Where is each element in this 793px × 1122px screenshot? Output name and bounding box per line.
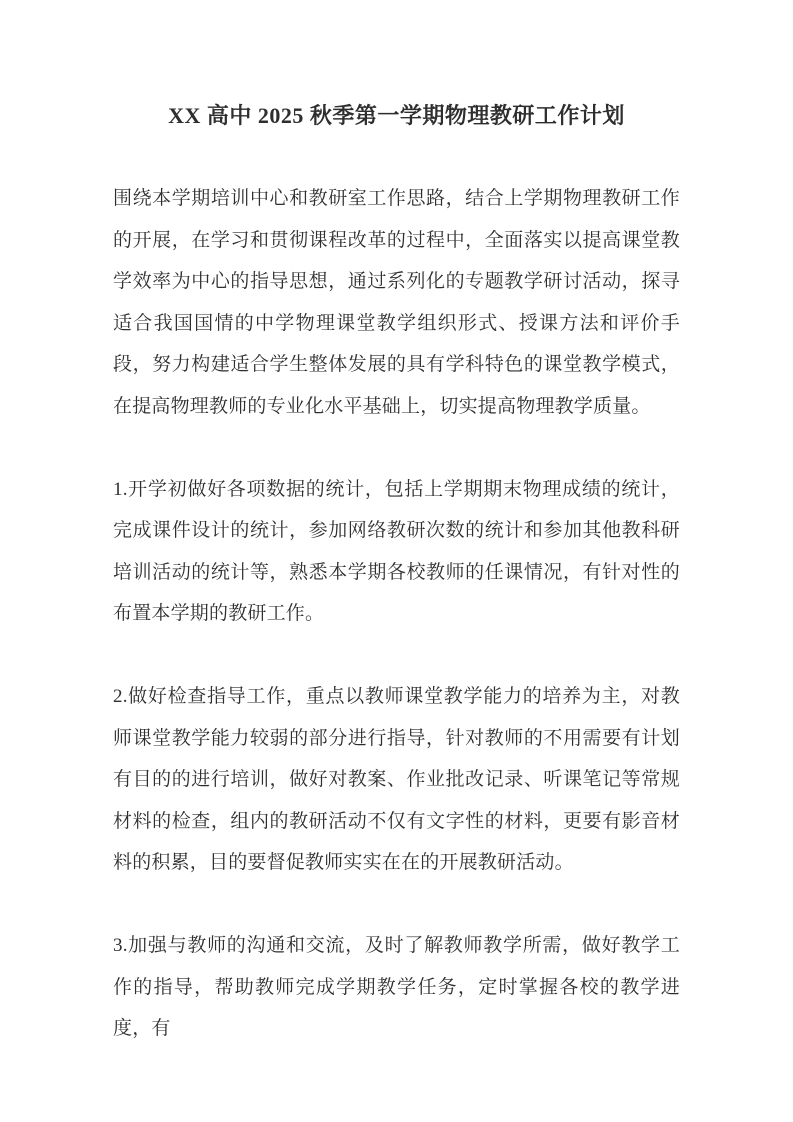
paragraph-item-1: 1.开学初做好各项数据的统计，包括上学期期末物理成绩的统计，完成课件设计的统计，… [113, 469, 680, 635]
document-page: XX 高中 2025 秋季第一学期物理教研工作计划 围绕本学期培训中心和教研室工… [0, 0, 793, 1122]
paragraph-item-2: 2.做好检查指导工作，重点以教师课堂教学能力的培养为主，对教师课堂教学能力较弱的… [113, 676, 680, 884]
document-title: XX 高中 2025 秋季第一学期物理教研工作计划 [113, 95, 680, 137]
paragraph-item-3: 3.加强与教师的沟通和交流，及时了解教师教学所需，做好教学工作的指导，帮助教师完… [113, 925, 680, 1050]
paragraph-intro: 围绕本学期培训中心和教研室工作思路，结合上学期物理教研工作的开展，在学习和贯彻课… [113, 178, 680, 427]
